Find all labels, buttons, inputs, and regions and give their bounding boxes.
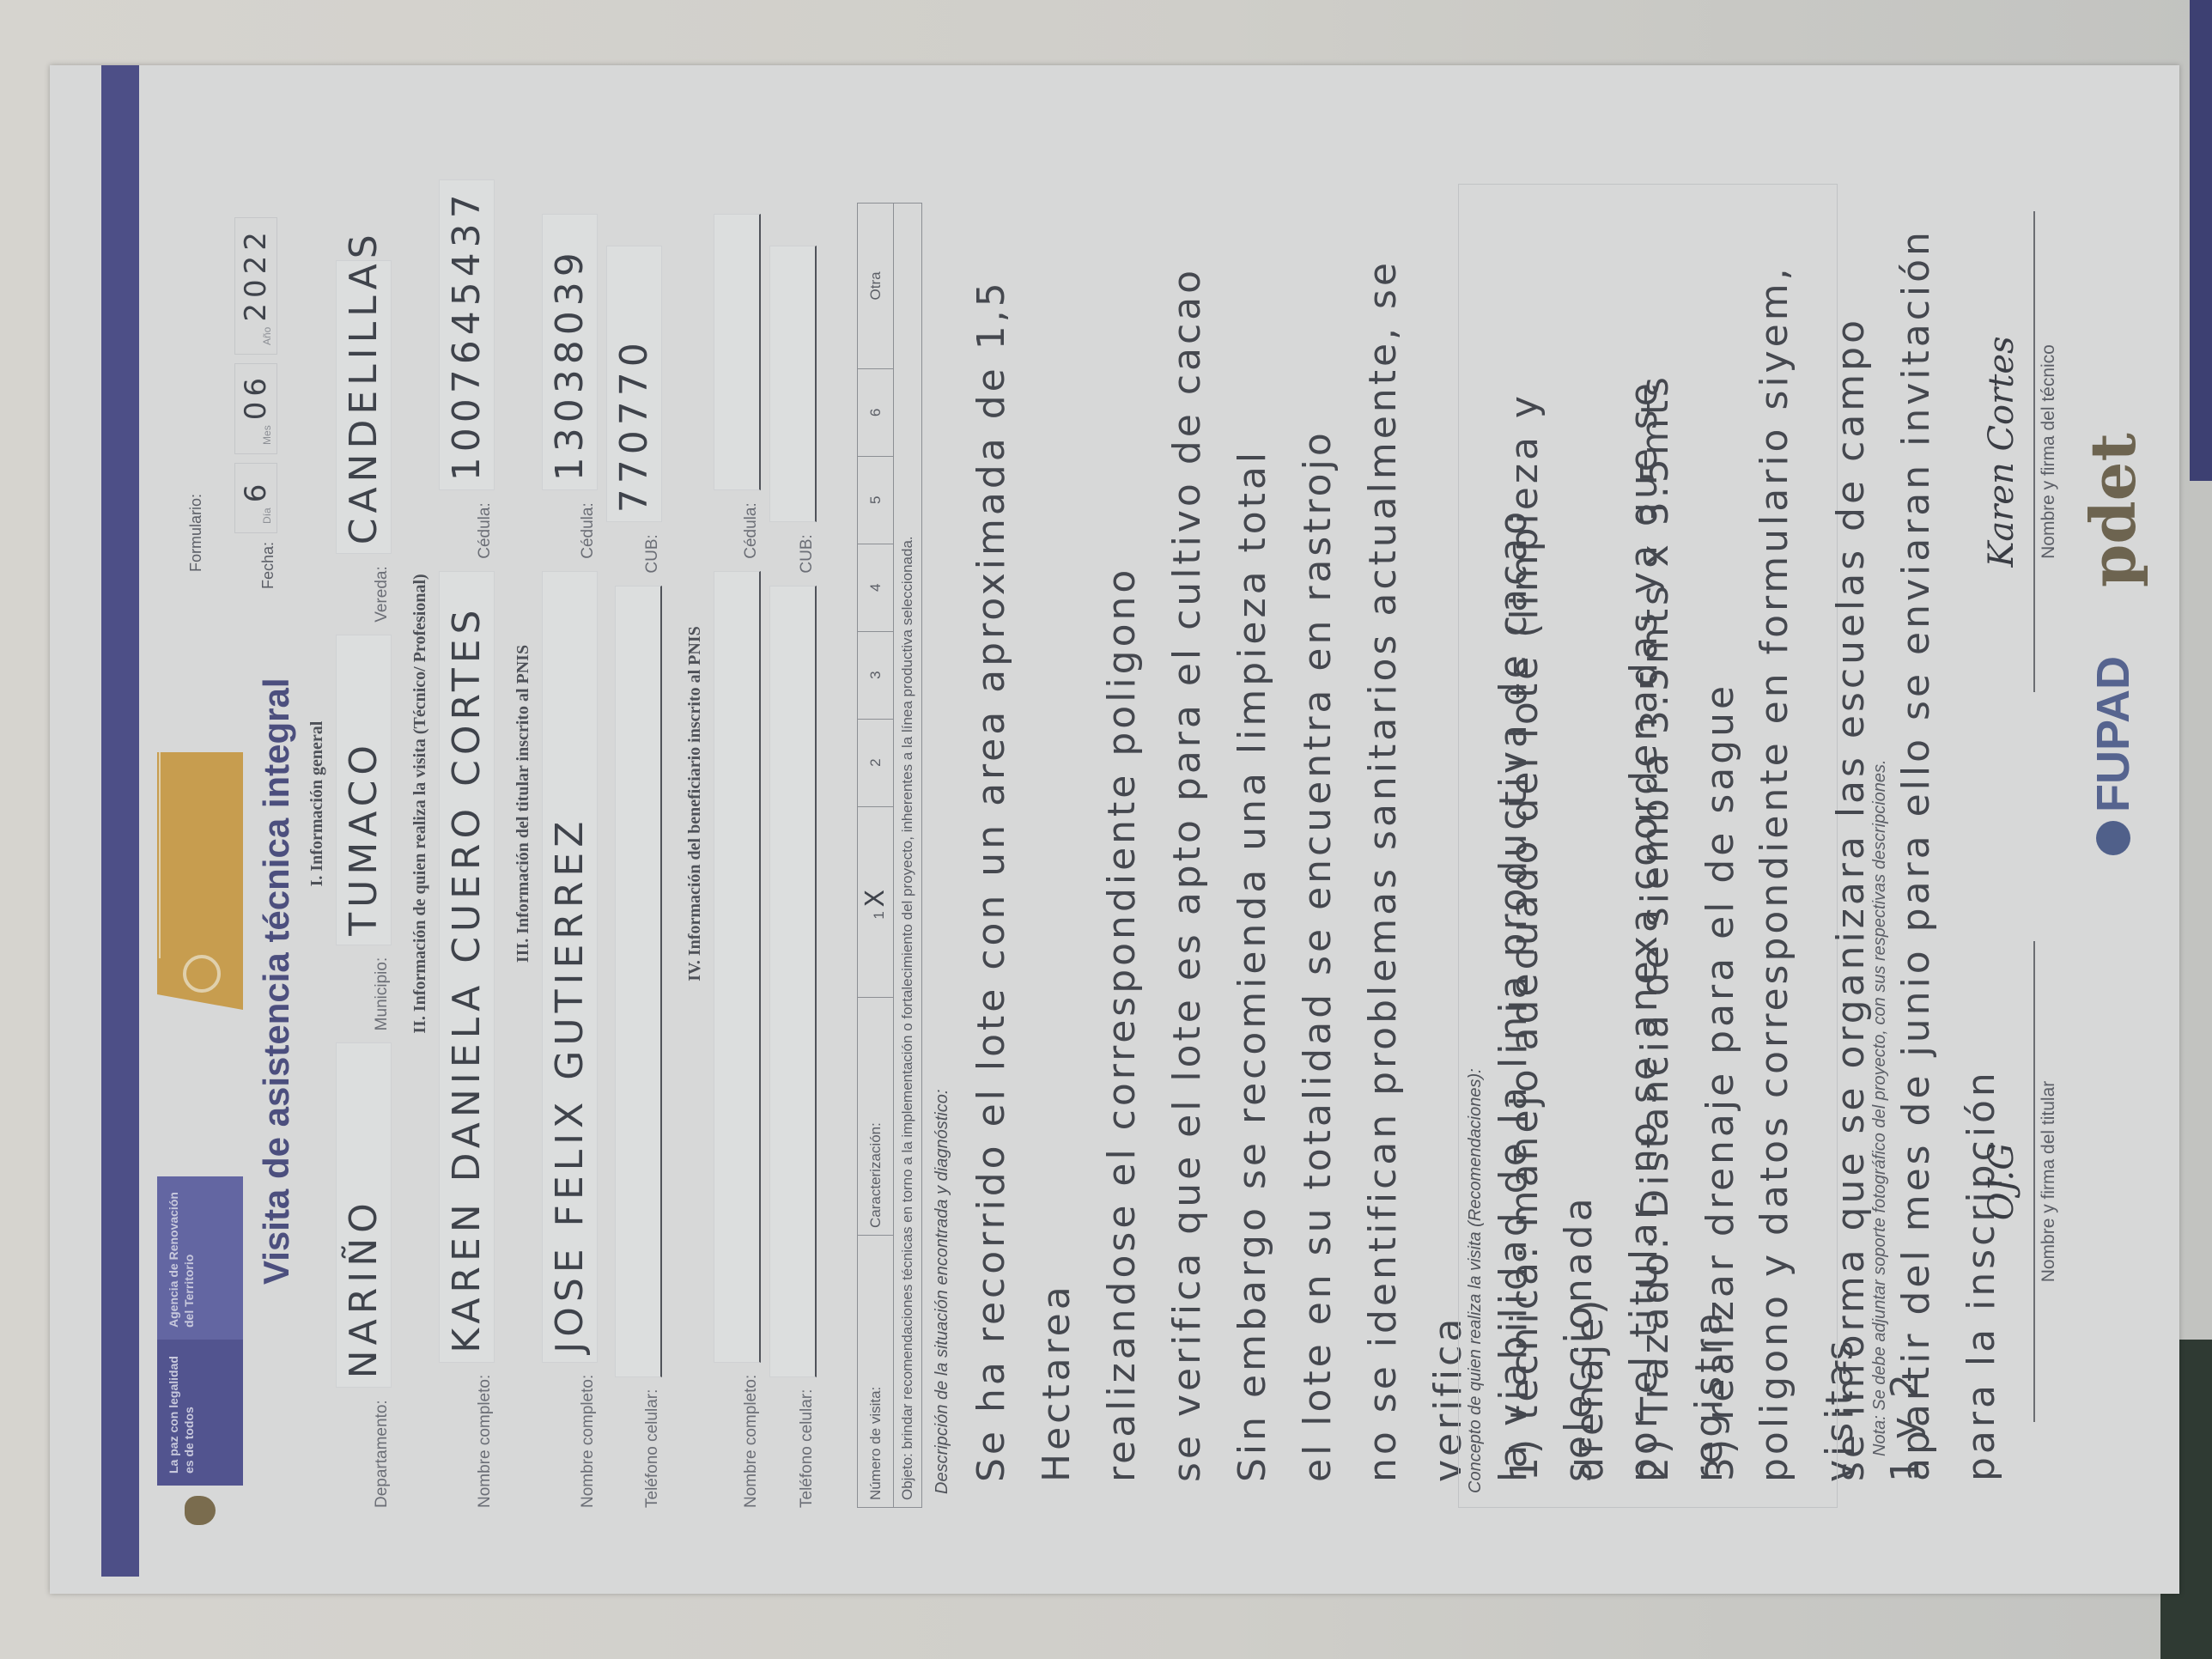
beneficiary-phone-field[interactable]: [769, 586, 817, 1377]
handwritten-line: realizandose el correspondiente poligono: [1090, 211, 1155, 1482]
holder-phone-field[interactable]: [615, 586, 662, 1377]
technician-signature[interactable]: Karen Cortes Nombre y firma del técnico: [1982, 211, 2059, 692]
vereda-field[interactable]: CANDELILLAS: [336, 260, 392, 554]
gov-slogan-logo: La paz con legalidad es de todos: [157, 1340, 243, 1486]
diagnosis-box[interactable]: Descripción de la situación encontrada y…: [926, 185, 1441, 1508]
year-field[interactable]: Año2022: [234, 217, 277, 355]
visit-option-5[interactable]: 5: [858, 456, 894, 544]
beneficiary-cub-field[interactable]: [769, 246, 817, 522]
visitor-name-field[interactable]: KAREN DANIELA CUERO CORTES: [439, 571, 495, 1363]
visit-option-2[interactable]: 2: [858, 719, 894, 806]
fecha-label: Fecha:: [259, 542, 277, 589]
globe-icon: [2096, 821, 2130, 855]
section-beneficiary-info: IV. Información del beneficiario inscrit…: [685, 100, 817, 1508]
section-heading: I. Información general: [307, 100, 327, 1508]
visit-option-3[interactable]: 3: [858, 631, 894, 719]
handwritten-line: apartir del mes de junio para ello se en…: [1884, 210, 1949, 1481]
handwritten-line: Sin embargo se recomienda una limpieza t…: [1220, 211, 1285, 1482]
photo-note: Nota: Se debe adjuntar soporte fotográfi…: [1870, 759, 1890, 1456]
government-logos: La paz con legalidad es de todos Agencia…: [153, 1176, 247, 1525]
fupad-logo: FUPAD: [2087, 656, 2140, 855]
visit-option-1[interactable]: 1 X: [858, 806, 894, 997]
coat-of-arms-icon: [185, 1496, 216, 1525]
section-heading: III. Información del titular inscrito al…: [513, 100, 533, 1508]
visit-number-table: Número de visita: Caracterización: 1 X 2…: [857, 203, 922, 1508]
departamento-field[interactable]: NARIÑO: [336, 1042, 392, 1388]
footer-logos: FUPAD pdet: [2076, 433, 2149, 855]
beneficiary-name-field[interactable]: [714, 571, 761, 1363]
diagnosis-heading: Descripción de la situación encontrada y…: [926, 185, 959, 1508]
handwritten-line: se verifica que el lote es apto para el …: [1155, 211, 1220, 1482]
header-band: [101, 65, 139, 1577]
page-title: Visita de asistencia técnica integral: [256, 678, 297, 1285]
holder-name-field[interactable]: JOSE FELIX GUTIERREZ: [542, 571, 598, 1363]
visitor-cedula-field[interactable]: 1007645437: [439, 179, 495, 490]
caracterizacion-label: Caracterización:: [858, 998, 894, 1236]
handwritten-line: 3) realizar drenaje para el de sague: [1688, 210, 1753, 1481]
holder-cub-field[interactable]: 770770: [606, 246, 662, 522]
holder-signature[interactable]: OJ.G Nombre y firma del titular: [1982, 941, 2059, 1422]
section-visitor-info: II. Información de quien realiza la visi…: [410, 100, 495, 1508]
section-holder-info: III. Información del titular inscrito al…: [513, 100, 662, 1508]
handwritten-line: Se ha recorrido el lote con un area apro…: [959, 211, 1090, 1482]
month-field[interactable]: Mes06: [234, 363, 277, 454]
pdet-logo: pdet: [2076, 433, 2149, 587]
recommendations-text: 1) tecnica: manejo adecuado del lote (li…: [1492, 185, 2014, 1507]
section-heading: II. Información de quien realiza la visi…: [410, 100, 430, 1508]
table-edge-top: [2190, 0, 2212, 481]
section-heading: IV. Información del beneficiario inscrit…: [685, 100, 705, 1508]
handwritten-line: 1) tecnica: manejo adecuado del lote (li…: [1492, 210, 1623, 1481]
art-agency-logo: Agencia de Renovación del Territorio: [157, 1176, 243, 1340]
day-field[interactable]: Día6: [234, 463, 277, 533]
formulario-label: Formulario:: [187, 494, 205, 572]
handwritten-line: el lote en su totalidad se encuentra en …: [1285, 211, 1351, 1482]
municipio-field[interactable]: TUMACO: [336, 635, 392, 945]
visit-number-label: Número de visita:: [858, 1236, 894, 1508]
recommendations-box[interactable]: Concepto de quien realiza la visita (Rec…: [1458, 184, 1838, 1508]
section-general-info: I. Información general Departamento: NAR…: [307, 100, 392, 1508]
recommendations-heading: Concepto de quien realiza la visita (Rec…: [1459, 185, 1492, 1507]
handwritten-line: 2) Trazado: Distancia de siembra 3.5mts …: [1623, 210, 1688, 1481]
visit-option-6[interactable]: 6: [858, 368, 894, 456]
visit-option-4[interactable]: 4: [858, 544, 894, 631]
date-field: Fecha: Día6 Mes06 Año2022: [234, 217, 277, 589]
handwritten-line: [1753, 210, 1819, 1481]
visit-option-otra[interactable]: Otra: [858, 204, 894, 369]
form-page: La paz con legalidad es de todos Agencia…: [50, 65, 2179, 1594]
holder-cedula-field[interactable]: 13038039: [542, 214, 598, 490]
pnis-logo: [157, 752, 243, 1010]
beneficiary-cedula-field[interactable]: [714, 214, 761, 490]
objeto-text: Objeto: brindar recomendaciones técnicas…: [894, 204, 922, 1508]
